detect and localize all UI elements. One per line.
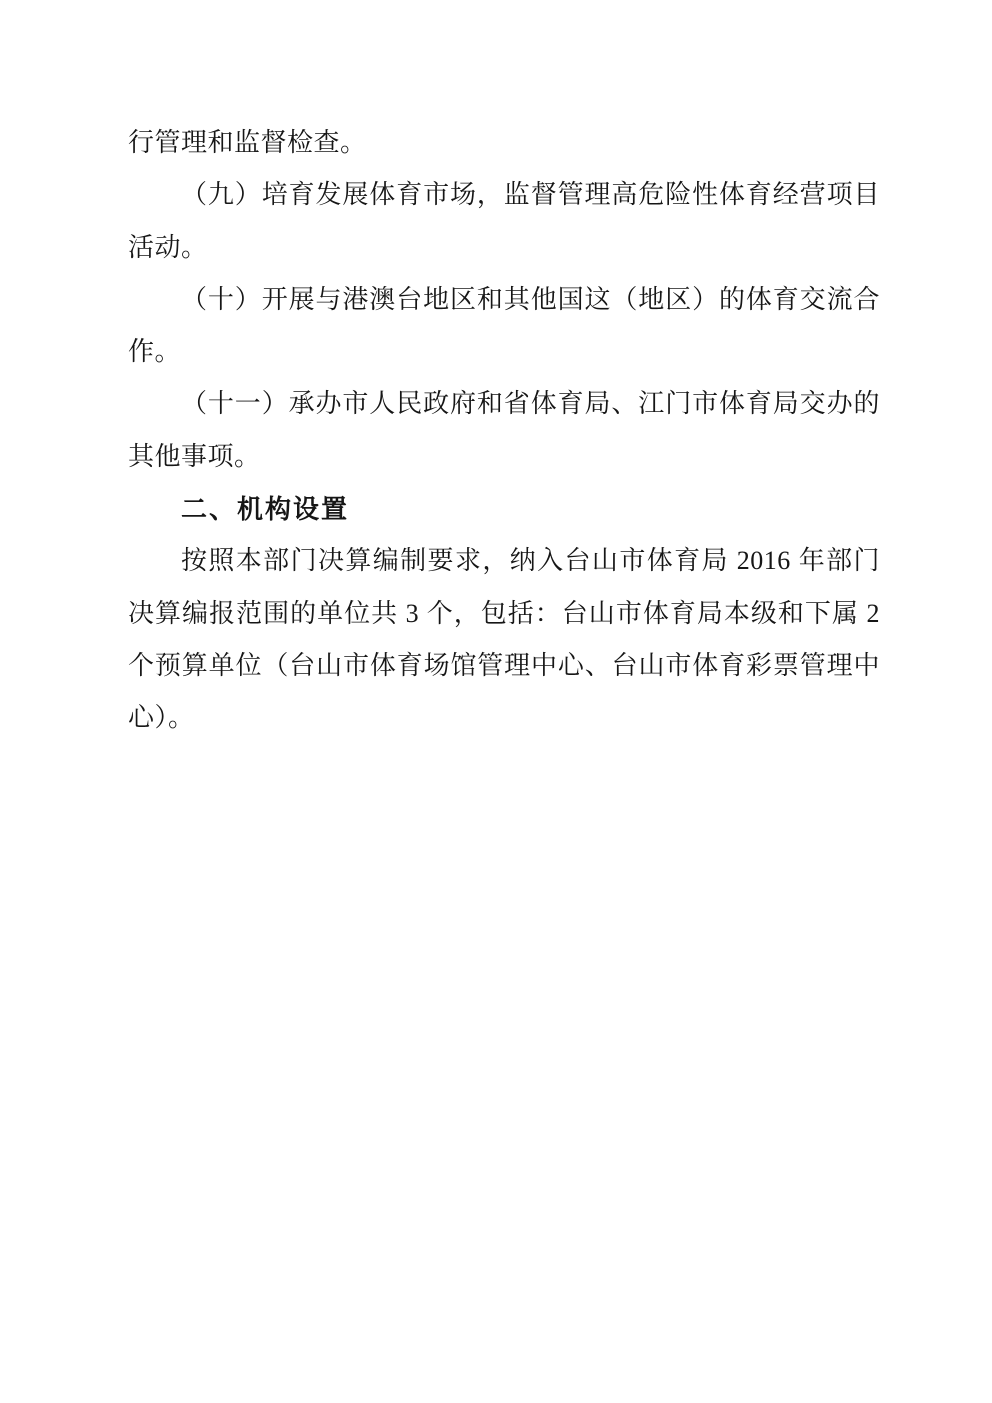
body-line-item-9: （九）培育发展体育市场，监督管理高危险性体育经营项目 bbox=[128, 169, 880, 221]
section-heading: 二、机构设置 bbox=[128, 483, 880, 535]
body-line-org-setup-2: 决算编报范围的单位共 3 个，包括：台山市体育局本级和下属 2 bbox=[128, 588, 880, 640]
body-line-item-10-end: 作。 bbox=[128, 326, 880, 378]
body-line-item-11-end: 其他事项。 bbox=[128, 431, 880, 483]
body-line-item-9-end: 活动。 bbox=[128, 222, 880, 274]
document-page: 行管理和监督检查。 （九）培育发展体育市场，监督管理高危险性体育经营项目 活动。… bbox=[0, 0, 992, 1403]
body-line-item-11: （十一）承办市人民政府和省体育局、江门市体育局交办的 bbox=[128, 378, 880, 430]
body-line-item-10: （十）开展与港澳台地区和其他国这（地区）的体育交流合 bbox=[128, 274, 880, 326]
body-line-continuation: 行管理和监督检查。 bbox=[128, 117, 880, 169]
body-line-org-setup-end: 心）。 bbox=[128, 692, 880, 744]
body-line-org-setup-1: 按照本部门决算编制要求，纳入台山市体育局 2016 年部门 bbox=[128, 535, 880, 587]
body-line-org-setup-3: 个预算单位（台山市体育场馆管理中心、台山市体育彩票管理中 bbox=[128, 640, 880, 692]
document-content: 行管理和监督检查。 （九）培育发展体育市场，监督管理高危险性体育经营项目 活动。… bbox=[128, 117, 880, 745]
